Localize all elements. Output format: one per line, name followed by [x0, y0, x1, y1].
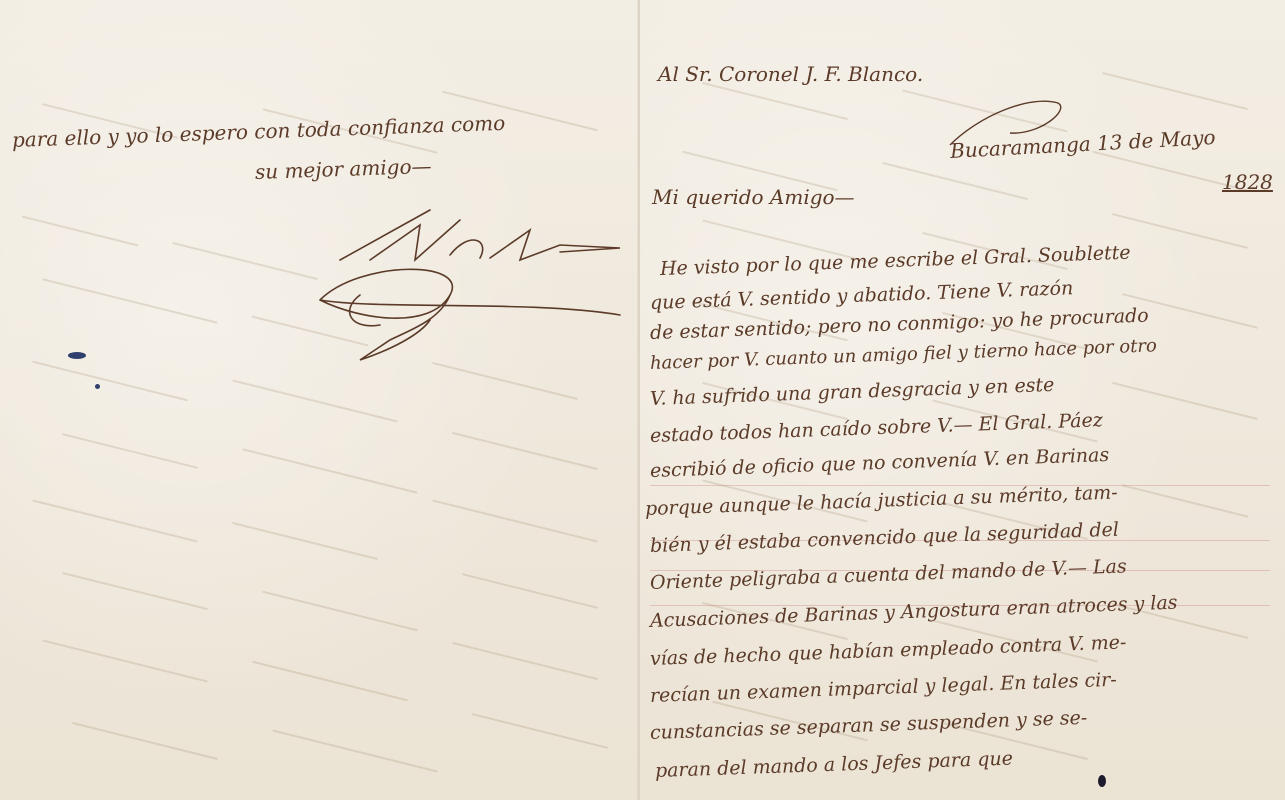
year: 1828 [1222, 170, 1273, 194]
left-page: para ello y yo lo espero con toda confia… [0, 0, 638, 800]
ink-blot [95, 384, 100, 389]
closing-line-2: su mejor amigo— [255, 154, 432, 184]
addressee: Al Sr. Coronel J. F. Blanco. [658, 62, 923, 86]
salutation: Mi querido Amigo— [652, 185, 855, 209]
ink-blot [1098, 775, 1106, 787]
ink-blot [68, 352, 86, 359]
signature-rubric-icon [300, 200, 630, 370]
closing-line-1: para ello y yo lo espero con toda confia… [12, 111, 506, 152]
ruled-line [650, 485, 1270, 486]
